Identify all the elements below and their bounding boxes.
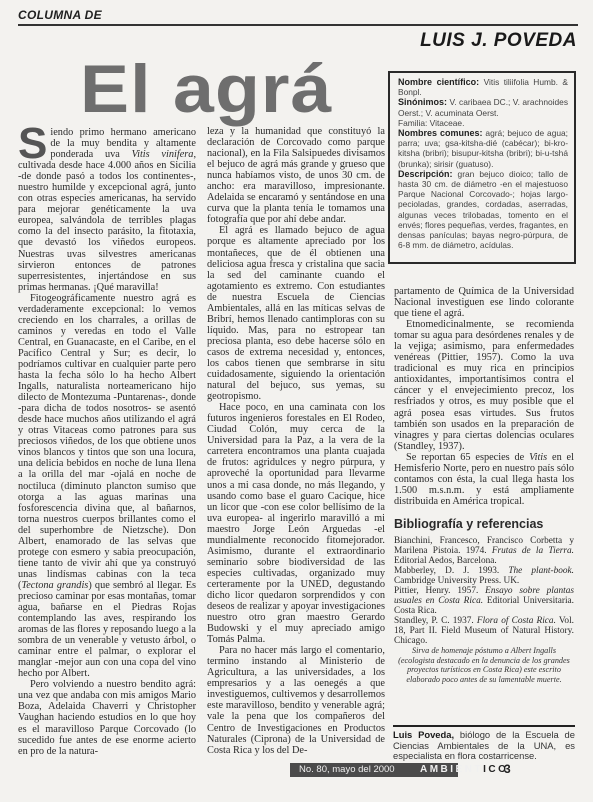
page-number: 3	[504, 762, 511, 776]
header-rule	[18, 24, 578, 26]
fact-common-names: Nombres comunes: agrá; bejuco de agua; p…	[398, 128, 568, 169]
italic-text: Frutas de la Tierra.	[492, 546, 574, 556]
text: Cambridge University Press. UK.	[394, 576, 519, 586]
text: Mabberley, D. J. 1993.	[394, 566, 508, 576]
paragraph: partamento de Química de la Universidad …	[394, 286, 574, 319]
article-title: El agrá	[80, 55, 332, 123]
paragraph: Siendo primo hermano americano de la muy…	[18, 127, 196, 293]
author-bio: Luis Poveda, biólogo de la Escuela de Ci…	[393, 730, 575, 762]
paragraph: Se reportan 65 especies de Vitis en el H…	[394, 452, 574, 507]
fact-label: Sinónimos:	[398, 97, 447, 107]
issue-info: No. 80, mayo del 2000	[299, 764, 395, 775]
drop-cap: S	[18, 127, 47, 160]
text: Fitogeográficamente nuestro agrá es verd…	[18, 293, 196, 591]
text: Standley, P. C. 1937.	[394, 616, 477, 626]
italic-text: The plant-book.	[508, 566, 574, 576]
italic-text: Flora of Costa Rica.	[477, 616, 556, 626]
fact-box: Nombre científico: Vitis tiliifolia Humb…	[388, 71, 576, 264]
italic-text: Tectona grandis	[21, 580, 88, 591]
reference-item: Mabberley, D. J. 1993. The plant-book. C…	[394, 566, 574, 586]
paragraph: Hace poco, en una caminata con los futur…	[207, 402, 385, 645]
text: , cultivada desde hace 4.000 años en Sic…	[18, 149, 196, 293]
paragraph: Pero volviendo a nuestro bendito agrá: u…	[18, 679, 196, 756]
fact-label: Descripción:	[398, 169, 453, 179]
text: Editorial Aedos, Barcelona.	[394, 556, 497, 566]
bio-rule	[393, 725, 575, 727]
italic-text: Vitis vinifera	[132, 149, 194, 160]
tribute-note: Sirva de homenaje póstumo a Albert Ingal…	[394, 646, 574, 684]
article-column-3: partamento de Química de la Universidad …	[394, 286, 574, 684]
bibliography-heading: Bibliografía y referencias	[394, 519, 574, 530]
fact-value: gran bejuco dioico; tallo de hasta 30 cm…	[398, 169, 568, 250]
author-byline: LUIS J. POVEDA	[420, 30, 577, 52]
fact-synonyms: Sinónimos: V. caribaea DC.; V. arachnoid…	[398, 97, 568, 117]
reference-item: Pittier, Henry. 1957. Ensayo sobre plant…	[394, 586, 574, 616]
article-column-2: leza y la humanidad que constituyó la de…	[207, 126, 385, 756]
fact-label: Nombres comunes:	[398, 128, 483, 138]
reference-item: Standley, P. C. 1937. Flora of Costa Ric…	[394, 616, 574, 646]
fact-family: Familia: Vitaceae.	[398, 118, 568, 128]
paragraph: Etnomedicinalmente, se recomienda tomar …	[394, 319, 574, 452]
text: Se reportan 65 especies de	[406, 452, 529, 463]
fact-description: Descripción: gran bejuco dioico; tallo d…	[398, 169, 568, 251]
paragraph: leza y la humanidad que constituyó la de…	[207, 126, 385, 225]
bio-name: Luis Poveda,	[393, 729, 454, 740]
paragraph: El agrá es llamado bejuco de agua porque…	[207, 225, 385, 402]
magazine-logo: AMBIENTICO	[420, 763, 508, 777]
text: ) que sembró al llegar. Es precioso cami…	[18, 580, 196, 679]
logo-text: AMBIENT	[420, 764, 483, 775]
paragraph: Fitogeográficamente nuestro agrá es verd…	[18, 293, 196, 680]
text: Pittier, Henry. 1957.	[394, 586, 485, 596]
italic-text: Vitis	[529, 452, 547, 463]
article-column-1: Siendo primo hermano americano de la muy…	[18, 127, 196, 757]
column-kicker: COLUMNA DE	[18, 8, 102, 22]
reference-item: Bianchini, Francesco, Francisco Corbetta…	[394, 536, 574, 566]
fact-scientific-name: Nombre científico: Vitis tiliifolia Humb…	[398, 77, 568, 97]
paragraph: Para no hacer más largo el comentario, t…	[207, 645, 385, 755]
fact-label: Nombre científico:	[398, 77, 479, 87]
